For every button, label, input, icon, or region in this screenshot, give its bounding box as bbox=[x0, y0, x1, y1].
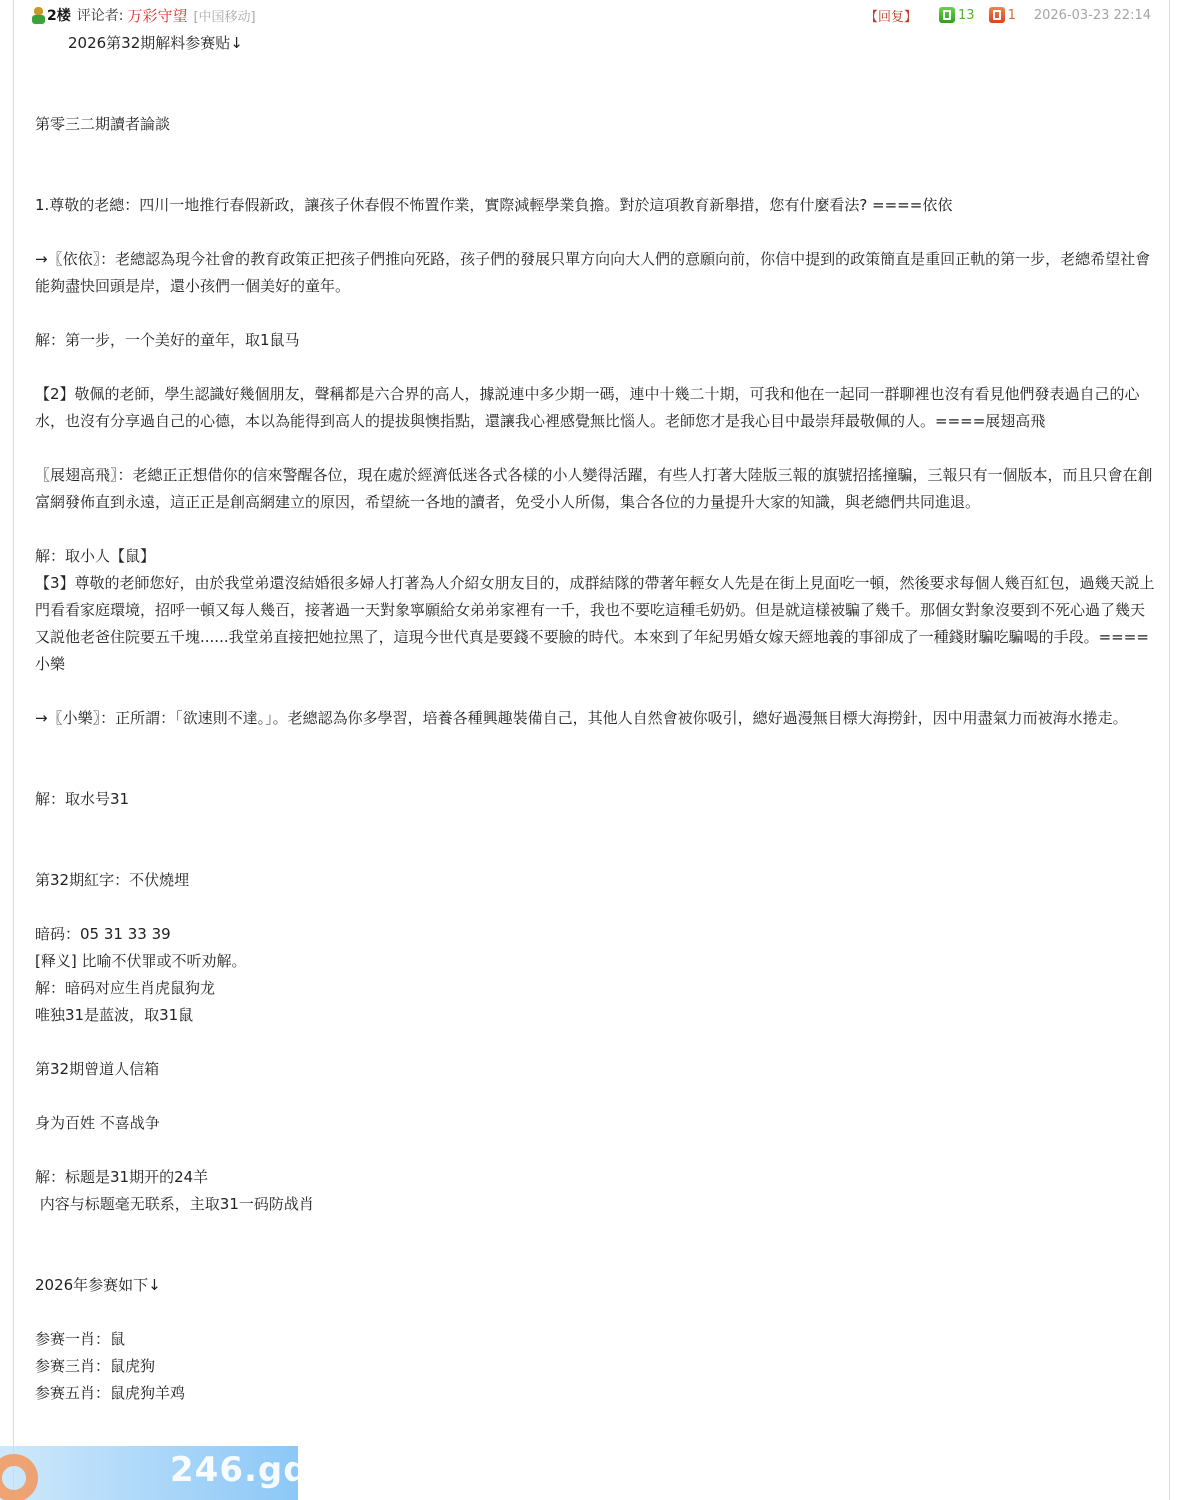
solution-2: 解：取小人【鼠】 bbox=[35, 543, 1155, 570]
commenter-label: 评论者: bbox=[77, 5, 124, 25]
question-1: 1.尊敬的老總：四川一地推行春假新政，讓孩子休春假不怖置作業，實際減輕學業負擔。… bbox=[35, 192, 1155, 219]
code-solution: 解：暗码对应生肖虎鼠狗龙 bbox=[35, 975, 1155, 1002]
commenter-name[interactable]: 万彩守望 bbox=[127, 5, 187, 26]
carrier-tag: [中国移动] bbox=[193, 6, 255, 25]
mailbox-solution-2: 内容与标题毫无联系，主取31一码防战肖 bbox=[35, 1191, 1155, 1218]
comment-timestamp: 2026-03-23 22:14 bbox=[1034, 8, 1151, 23]
upvote-count: 13 bbox=[958, 8, 975, 23]
comment-actions: 【回复】 13 1 2026-03-23 22:14 bbox=[865, 6, 1151, 25]
watermark-logo-icon bbox=[0, 1454, 38, 1500]
code-meaning: [释义] 比喻不伏罪或不听劝解。 bbox=[35, 948, 1155, 975]
section-heading: 第零三二期讀者論談 bbox=[35, 111, 1155, 138]
mailbox-title: 第32期曾道人信箱 bbox=[35, 1056, 1155, 1083]
entry-1: 参赛一肖：鼠 bbox=[35, 1326, 1155, 1353]
question-3: 【3】尊敬的老師您好，由於我堂弟還沒結婚很多婦人打著為人介紹女朋友目的，成群結隊… bbox=[35, 570, 1155, 678]
answer-3: →〖小樂〗：正所謂：「欲速則不達。」。老總認為你多學習，培養各種興趣裝備自己，其… bbox=[35, 705, 1155, 732]
thumbs-down-icon bbox=[989, 7, 1005, 23]
mailbox-solution-1: 解：标题是31期开的24羊 bbox=[35, 1164, 1155, 1191]
code-pick: 唯独31是蓝波，取31鼠 bbox=[35, 1002, 1155, 1029]
comment-body: 2026第32期解料参赛贴↓ 第零三二期讀者論談 1.尊敬的老總：四川一地推行春… bbox=[35, 30, 1155, 1407]
solution-3: 解：取水号31 bbox=[35, 786, 1155, 813]
thumbs-up-icon bbox=[939, 7, 955, 23]
mailbox-text: 身为百姓 不喜战争 bbox=[35, 1110, 1155, 1137]
upvote-button[interactable]: 13 bbox=[939, 7, 975, 23]
post-title: 2026第32期解料参赛贴↓ bbox=[35, 30, 1155, 57]
watermark-text: 246.gd bbox=[170, 1450, 298, 1490]
comment-header: 2楼 评论者: 万彩守望 [中国移动] 【回复】 13 1 2026-03-23… bbox=[32, 4, 1151, 26]
floor-number: 2楼 bbox=[47, 5, 71, 25]
entries-title: 2026年参赛如下↓ bbox=[35, 1272, 1155, 1299]
answer-1: →〖依依〗：老總認為現今社會的教育政策正把孩子們推向死路，孩子們的發展只單方向向… bbox=[35, 246, 1155, 300]
answer-2: 〖展翅高飛〗：老總正正想借你的信來警醒各位，現在處於經濟低迷各式各樣的小人變得活… bbox=[35, 462, 1155, 516]
red-word: 第32期紅字：不伏燒埋 bbox=[35, 867, 1155, 894]
reply-button[interactable]: 【回复】 bbox=[865, 6, 917, 25]
downvote-button[interactable]: 1 bbox=[989, 7, 1016, 23]
user-level-icon bbox=[32, 7, 45, 24]
question-2: 【2】敬佩的老師，學生認識好幾個朋友，聲稱都是六合界的高人，據説連中多少期一碼，… bbox=[35, 381, 1155, 435]
entry-5: 参赛五肖：鼠虎狗羊鸡 bbox=[35, 1380, 1155, 1407]
secret-code: 暗码：05 31 33 39 bbox=[35, 921, 1155, 948]
downvote-count: 1 bbox=[1008, 8, 1016, 23]
site-watermark: 246.gd bbox=[0, 1446, 298, 1500]
solution-1: 解：第一步，一个美好的童年，取1鼠马 bbox=[35, 327, 1155, 354]
entry-3: 参赛三肖：鼠虎狗 bbox=[35, 1353, 1155, 1380]
